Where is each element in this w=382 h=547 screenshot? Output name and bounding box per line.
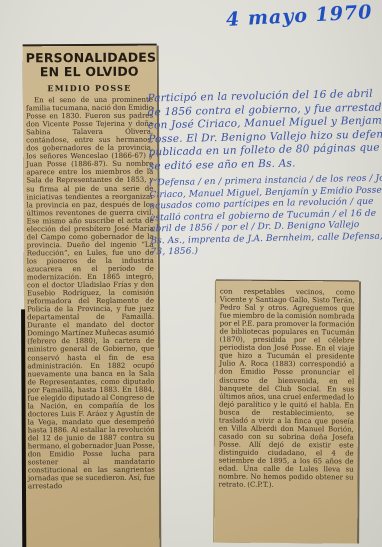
handwritten-note: Participó en la revolución del 16 de abr…	[147, 88, 382, 259]
newspaper-clipping-left: PERSONALIDADES EN EL OLVIDO EMIDIO POSSE…	[23, 46, 160, 547]
handwritten-citation-lines: (“Defensa / en / primera instancia / de …	[149, 174, 382, 259]
clipping-subhead: EMIDIO POSSE	[26, 83, 153, 94]
handwritten-date: 4 mayo 1970	[226, 1, 373, 31]
clipping-headline: PERSONALIDADES EN EL OLVIDO	[26, 51, 153, 80]
newspaper-clipping-right: con respetables vecinos, como Vicente y …	[214, 281, 359, 544]
scanned-page: 4 mayo 1970 PERSONALIDADES EN EL OLVIDO …	[0, 0, 382, 547]
clipping-right-body-text: con respetables vecinos, como Vicente y …	[218, 288, 354, 490]
clipping-headline-line2: EN EL OLVIDO	[26, 65, 153, 80]
clipping-left-body-text: En el seno de una prominente familia tuc…	[26, 96, 155, 491]
handwritten-note-lines: Participó en la revolución del 16 de abr…	[147, 88, 382, 174]
